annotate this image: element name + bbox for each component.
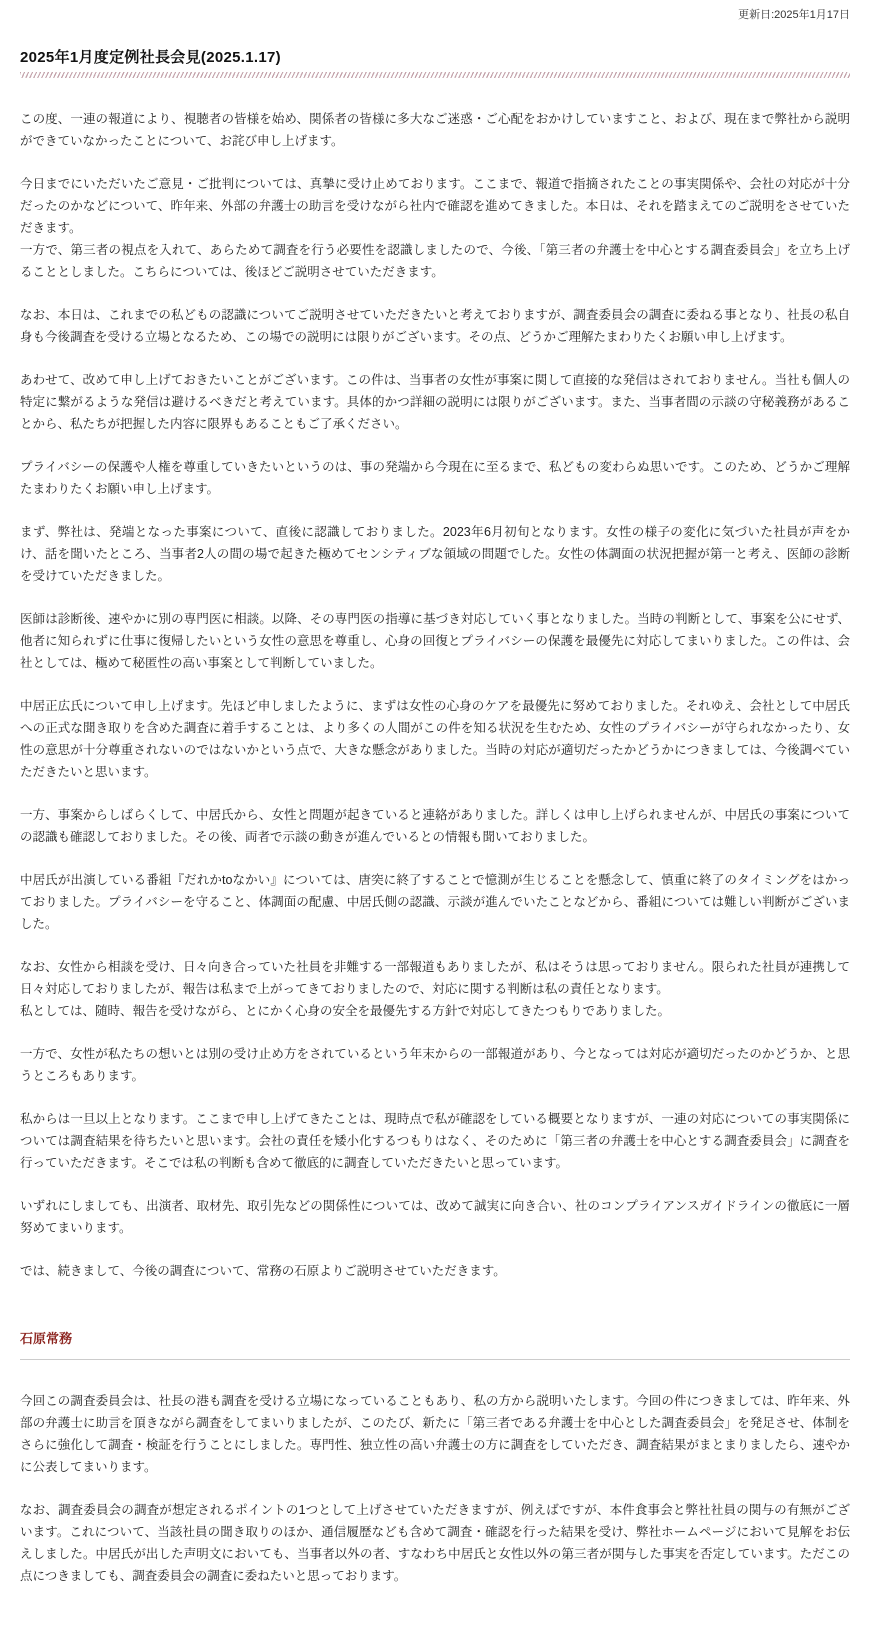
paragraph-line: なお、女性から相談を受け、日々向き合っていた社員を非難する一部報道もありましたが… bbox=[20, 960, 850, 996]
paragraph-line: 今日までにいただいたご意見・ご批判については、真摯に受け止めております。ここまで… bbox=[20, 177, 850, 235]
paragraph-line: なお、本日は、これまでの私どもの認識についてご説明させていただきたいと考えており… bbox=[20, 308, 850, 344]
paragraph: 中居氏が出演している番組『だれかtoなかい』については、唐突に終了することで憶測… bbox=[20, 869, 850, 935]
paragraph: 一方で、女性が私たちの想いとは別の受け止め方をされているという年末からの一部報道… bbox=[20, 1043, 850, 1087]
paragraph-line: 今回この調査委員会は、社長の港も調査を受ける立場になっていることもあり、私の方か… bbox=[20, 1394, 850, 1474]
paragraph-line: まず、弊社は、発端となった事案について、直後に認識しておりました。2023年6月… bbox=[20, 525, 850, 583]
paragraph: なお、調査委員会の調査が想定されるポイントの1つとして上げさせていただきますが、… bbox=[20, 1499, 850, 1587]
president-statement-body: この度、一連の報道により、視聴者の皆様を始め、関係者の皆様に多大なご迷惑・ご心配… bbox=[20, 108, 850, 1282]
paragraph-line: いずれにしましても、出演者、取材先、取引先などの関係性については、改めて誠実に向… bbox=[20, 1199, 850, 1235]
page-title: 2025年1月度定例社長会見(2025.1.17) bbox=[20, 46, 850, 67]
paragraph: プライバシーの保護や人権を尊重していきたいというのは、事の発端から今現在に至るま… bbox=[20, 456, 850, 500]
paragraph: なお、本日は、これまでの私どもの認識についてご説明させていただきたいと考えており… bbox=[20, 304, 850, 348]
paragraph-line: では、続きまして、今後の調査について、常務の石原よりご説明させていただきます。 bbox=[20, 1264, 506, 1278]
section-heading-ishihara: 石原常務 bbox=[20, 1328, 850, 1360]
statement-document: 更新日:2025年1月17日 2025年1月度定例社長会見(2025.1.17)… bbox=[0, 0, 870, 1628]
paragraph: 医師は診断後、速やかに別の専門医に相談。以降、その専門医の指導に基づき対応してい… bbox=[20, 608, 850, 674]
paragraph: 私からは一旦以上となります。ここまで申し上げてきたことは、現時点で私が確認をして… bbox=[20, 1108, 850, 1174]
paragraph-line: 私としては、随時、報告を受けながら、とにかく心身の安全を最優先する方針で対応して… bbox=[20, 1004, 670, 1018]
paragraph: なお、女性から相談を受け、日々向き合っていた社員を非難する一部報道もありましたが… bbox=[20, 956, 850, 1022]
paragraph: 中居正広氏について申し上げます。先ほど申しましたように、まずは女性の心身のケアを… bbox=[20, 695, 850, 783]
ishihara-statement-body: 今回この調査委員会は、社長の港も調査を受ける立場になっていることもあり、私の方か… bbox=[20, 1390, 850, 1587]
paragraph-line: プライバシーの保護や人権を尊重していきたいというのは、事の発端から今現在に至るま… bbox=[20, 460, 850, 496]
paragraph-line: この度、一連の報道により、視聴者の皆様を始め、関係者の皆様に多大なご迷惑・ご心配… bbox=[20, 112, 850, 148]
paragraph-line: 一方で、第三者の視点を入れて、あらためて調査を行う必要性を認識しましたので、今後… bbox=[20, 243, 850, 279]
paragraph: では、続きまして、今後の調査について、常務の石原よりご説明させていただきます。 bbox=[20, 1260, 850, 1282]
paragraph: あわせて、改めて申し上げておきたいことがございます。この件は、当事者の女性が事案… bbox=[20, 369, 850, 435]
paragraph: 今回この調査委員会は、社長の港も調査を受ける立場になっていることもあり、私の方か… bbox=[20, 1390, 850, 1478]
paragraph: 今日までにいただいたご意見・ご批判については、真摯に受け止めております。ここまで… bbox=[20, 173, 850, 283]
paragraph-line: 一方で、女性が私たちの想いとは別の受け止め方をされているという年末からの一部報道… bbox=[20, 1047, 850, 1083]
paragraph-line: あわせて、改めて申し上げておきたいことがございます。この件は、当事者の女性が事案… bbox=[20, 373, 850, 431]
paragraph-line: なお、調査委員会の調査が想定されるポイントの1つとして上げさせていただきますが、… bbox=[20, 1503, 850, 1583]
paragraph-line: 私からは一旦以上となります。ここまで申し上げてきたことは、現時点で私が確認をして… bbox=[20, 1112, 850, 1170]
paragraph-line: 中居氏が出演している番組『だれかtoなかい』については、唐突に終了することで憶測… bbox=[20, 873, 850, 931]
paragraph: まず、弊社は、発端となった事案について、直後に認識しておりました。2023年6月… bbox=[20, 521, 850, 587]
paragraph-line: 中居正広氏について申し上げます。先ほど申しましたように、まずは女性の心身のケアを… bbox=[20, 699, 850, 779]
paragraph-line: 一方、事案からしばらくして、中居氏から、女性と問題が起きていると連絡がありました… bbox=[20, 808, 850, 844]
updated-date: 更新日:2025年1月17日 bbox=[20, 8, 850, 22]
paragraph: いずれにしましても、出演者、取材先、取引先などの関係性については、改めて誠実に向… bbox=[20, 1195, 850, 1239]
paragraph: 一方、事案からしばらくして、中居氏から、女性と問題が起きていると連絡がありました… bbox=[20, 804, 850, 848]
paragraph: この度、一連の報道により、視聴者の皆様を始め、関係者の皆様に多大なご迷惑・ご心配… bbox=[20, 108, 850, 152]
title-hatch-divider bbox=[20, 72, 850, 78]
paragraph-line: 医師は診断後、速やかに別の専門医に相談。以降、その専門医の指導に基づき対応してい… bbox=[20, 612, 850, 670]
